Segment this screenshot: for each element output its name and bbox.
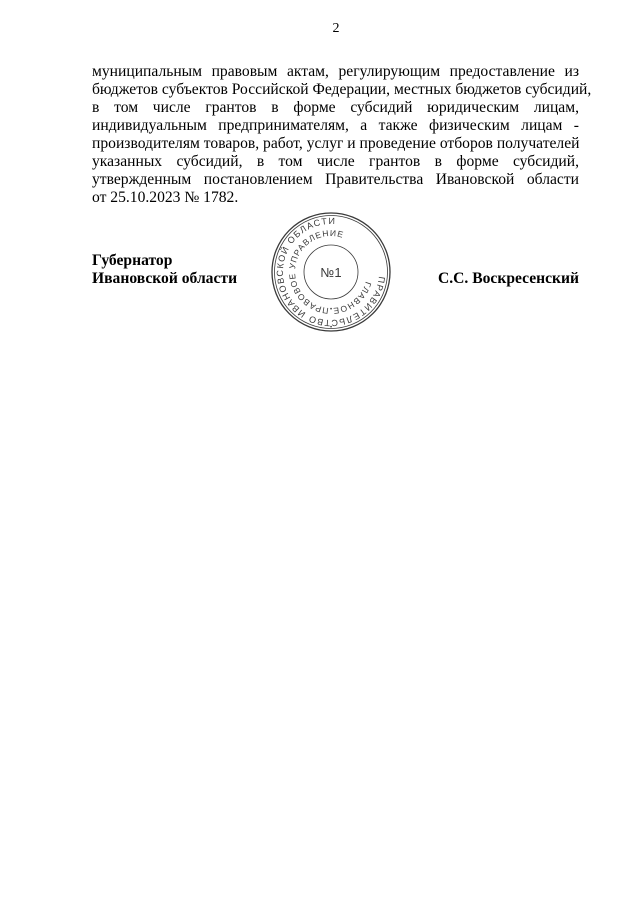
stamp-inner-marker-icon: •	[330, 307, 332, 313]
page-number: 2	[0, 20, 640, 38]
stamp-seal-icon: ПРАВИТЕЛЬСТВО ИВАНОВСКОЙ ОБЛАСТИ ГЛАВНОЕ…	[270, 211, 392, 333]
body-line: от 25.10.2023 № 1782.	[92, 189, 579, 207]
body-paragraph: муниципальным правовым актам, регулирующ…	[92, 63, 579, 207]
signatory-position: Губернатор Ивановской области	[92, 252, 237, 288]
stamp-center-number: №1	[320, 265, 341, 280]
official-stamp: ПРАВИТЕЛЬСТВО ИВАНОВСКОЙ ОБЛАСТИ ГЛАВНОЕ…	[270, 211, 392, 333]
body-line: муниципальным правовым актам, регулирующ…	[92, 63, 579, 81]
body-line: утвержденным постановлением Правительств…	[92, 171, 579, 189]
body-line: указанных субсидий, в том числе грантов …	[92, 153, 579, 171]
signatory-position-title: Губернатор	[92, 252, 237, 270]
signatory-name: С.С. Воскресенский	[438, 270, 579, 288]
stamp-outer-marker-icon: •	[330, 325, 332, 331]
signatory-position-region: Ивановской области	[92, 270, 237, 288]
body-line: производителям товаров, работ, услуг и п…	[92, 135, 579, 153]
body-line: индивидуальным предпринимателям, а также…	[92, 117, 579, 135]
body-line: бюджетов субъектов Российской Федерации,…	[92, 81, 579, 99]
body-line: в том числе грантов в форме субсидий юри…	[92, 99, 579, 117]
